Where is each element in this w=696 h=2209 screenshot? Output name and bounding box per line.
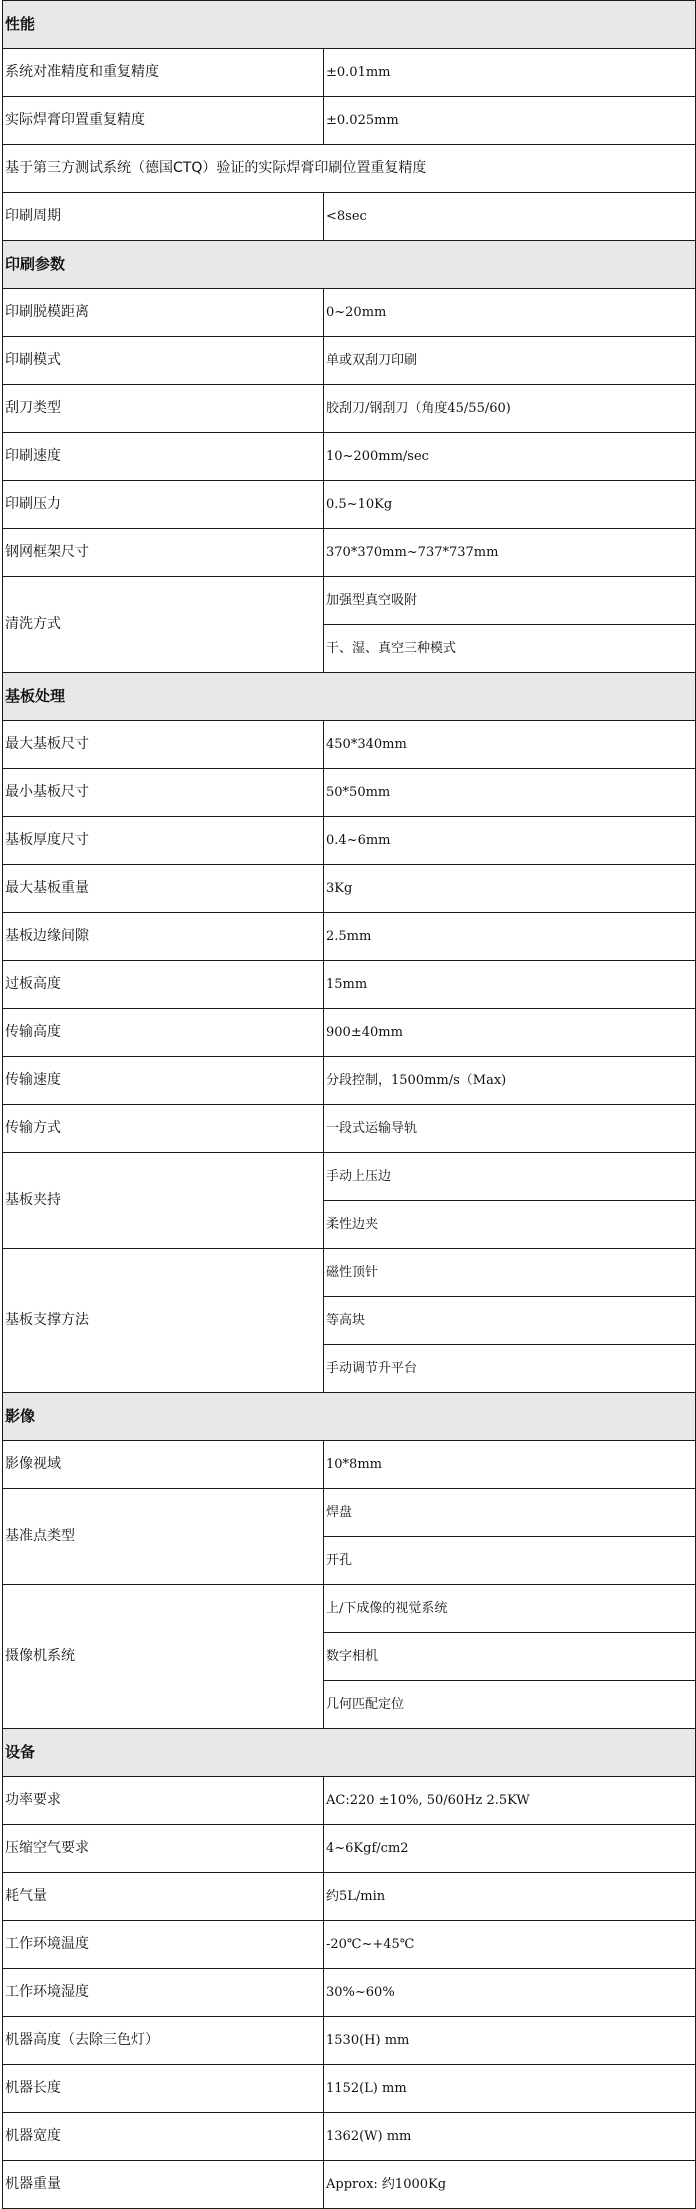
table-row: 最大基板尺寸450*340mm (3, 721, 696, 769)
spec-value: 数字相机 (324, 1633, 696, 1681)
spec-label: 实际焊膏印置重复精度 (3, 97, 324, 145)
table-row: 基板边缘间隙2.5mm (3, 913, 696, 961)
spec-label: 传输高度 (3, 1009, 324, 1057)
spec-value: -20℃~+45℃ (324, 1921, 696, 1969)
table-row: 机器高度（去除三色灯）1530(H) mm (3, 2017, 696, 2065)
spec-label: 基板支撑方法 (3, 1249, 324, 1393)
spec-value: 手动调节升平台 (324, 1345, 696, 1393)
spec-label: 传输方式 (3, 1105, 324, 1153)
spec-value: Approx: 约1000Kg (324, 2161, 696, 2209)
table-row: 印刷脱模距离0~20mm (3, 289, 696, 337)
spec-table: 性能系统对准精度和重复精度±0.01mm实际焊膏印置重复精度±0.025mm基于… (2, 0, 696, 2209)
table-row: 机器重量Approx: 约1000Kg (3, 2161, 696, 2209)
table-row: 影像视域10*8mm (3, 1441, 696, 1489)
spec-label: 耗气量 (3, 1873, 324, 1921)
spec-value: 1152(L) mm (324, 2065, 696, 2113)
spec-value: 0.4~6mm (324, 817, 696, 865)
spec-value: 上/下成像的视觉系统 (324, 1585, 696, 1633)
section-header-row: 设备 (3, 1729, 696, 1777)
table-row: 刮刀类型胶刮刀/钢刮刀（角度45/55/60) (3, 385, 696, 433)
table-row: 基板厚度尺寸0.4~6mm (3, 817, 696, 865)
spec-label: 印刷速度 (3, 433, 324, 481)
spec-value: AC:220 ±10%, 50/60Hz 2.5KW (324, 1777, 696, 1825)
spec-value: 加强型真空吸附 (324, 577, 696, 625)
spec-value: 4~6Kgf/cm2 (324, 1825, 696, 1873)
section-title: 影像 (3, 1393, 696, 1441)
section-title: 基板处理 (3, 673, 696, 721)
table-row: 过板高度15mm (3, 961, 696, 1009)
table-row: 耗气量约5L/min (3, 1873, 696, 1921)
spec-value: 柔性边夹 (324, 1201, 696, 1249)
table-row: 传输方式一段式运输导轨 (3, 1105, 696, 1153)
table-row: 功率要求AC:220 ±10%, 50/60Hz 2.5KW (3, 1777, 696, 1825)
spec-value: 1530(H) mm (324, 2017, 696, 2065)
table-row: 印刷压力0.5~10Kg (3, 481, 696, 529)
spec-table-body: 性能系统对准精度和重复精度±0.01mm实际焊膏印置重复精度±0.025mm基于… (3, 1, 696, 2209)
spec-label: 工作环境湿度 (3, 1969, 324, 2017)
spec-value: ±0.025mm (324, 97, 696, 145)
table-row: 传输速度分段控制，1500mm/s（Max) (3, 1057, 696, 1105)
spec-label: 最大基板重量 (3, 865, 324, 913)
table-row: 印刷速度10~200mm/sec (3, 433, 696, 481)
spec-value: 1362(W) mm (324, 2113, 696, 2161)
section-header-row: 影像 (3, 1393, 696, 1441)
table-row: 传输高度900±40mm (3, 1009, 696, 1057)
spec-value: 3Kg (324, 865, 696, 913)
section-title: 设备 (3, 1729, 696, 1777)
table-row: 基板支撑方法磁性顶针 (3, 1249, 696, 1297)
spec-value: <8sec (324, 193, 696, 241)
spec-value: 10*8mm (324, 1441, 696, 1489)
section-title: 印刷参数 (3, 241, 696, 289)
spec-label: 机器重量 (3, 2161, 324, 2209)
spec-label: 传输速度 (3, 1057, 324, 1105)
spec-value: 开孔 (324, 1537, 696, 1585)
table-row: 实际焊膏印置重复精度±0.025mm (3, 97, 696, 145)
spec-value: 一段式运输导轨 (324, 1105, 696, 1153)
spec-value: 50*50mm (324, 769, 696, 817)
spec-value: 几何匹配定位 (324, 1681, 696, 1729)
spec-label: 机器长度 (3, 2065, 324, 2113)
table-row: 最小基板尺寸50*50mm (3, 769, 696, 817)
spec-label: 印刷脱模距离 (3, 289, 324, 337)
spec-value: 2.5mm (324, 913, 696, 961)
table-row: 印刷周期<8sec (3, 193, 696, 241)
spec-value: 干、湿、真空三种模式 (324, 625, 696, 673)
spec-value: 450*340mm (324, 721, 696, 769)
spec-value: 0.5~10Kg (324, 481, 696, 529)
spec-value: 30%~60% (324, 1969, 696, 2017)
table-row: 工作环境温度-20℃~+45℃ (3, 1921, 696, 1969)
table-row: 机器长度1152(L) mm (3, 2065, 696, 2113)
table-row: 钢网框架尺寸370*370mm~737*737mm (3, 529, 696, 577)
table-row: 印刷模式单或双刮刀印刷 (3, 337, 696, 385)
spec-label: 基准点类型 (3, 1489, 324, 1585)
spec-label: 摄像机系统 (3, 1585, 324, 1729)
spec-value: 约5L/min (324, 1873, 696, 1921)
spec-label: 机器宽度 (3, 2113, 324, 2161)
spec-label: 过板高度 (3, 961, 324, 1009)
spec-label: 印刷压力 (3, 481, 324, 529)
spec-label: 印刷周期 (3, 193, 324, 241)
spec-label: 刮刀类型 (3, 385, 324, 433)
table-row: 系统对准精度和重复精度±0.01mm (3, 49, 696, 97)
spec-value: ±0.01mm (324, 49, 696, 97)
table-row: 基准点类型焊盘 (3, 1489, 696, 1537)
section-title: 性能 (3, 1, 696, 49)
table-row: 清洗方式加强型真空吸附 (3, 577, 696, 625)
spec-label: 最小基板尺寸 (3, 769, 324, 817)
table-row: 基板夹持手动上压边 (3, 1153, 696, 1201)
spec-value: 磁性顶针 (324, 1249, 696, 1297)
spec-label: 钢网框架尺寸 (3, 529, 324, 577)
spec-value: 手动上压边 (324, 1153, 696, 1201)
section-header-row: 基板处理 (3, 673, 696, 721)
spec-label: 影像视域 (3, 1441, 324, 1489)
spec-value: 370*370mm~737*737mm (324, 529, 696, 577)
table-row: 压缩空气要求4~6Kgf/cm2 (3, 1825, 696, 1873)
spec-value: 分段控制，1500mm/s（Max) (324, 1057, 696, 1105)
table-row: 基于第三方测试系统（德国CTQ）验证的实际焊膏印刷位置重复精度 (3, 145, 696, 193)
spec-label: 系统对准精度和重复精度 (3, 49, 324, 97)
table-row: 工作环境湿度30%~60% (3, 1969, 696, 2017)
spec-value: 900±40mm (324, 1009, 696, 1057)
spec-label: 基板夹持 (3, 1153, 324, 1249)
spec-label: 工作环境温度 (3, 1921, 324, 1969)
spec-value: 单或双刮刀印刷 (324, 337, 696, 385)
spec-label: 印刷模式 (3, 337, 324, 385)
section-header-row: 性能 (3, 1, 696, 49)
spec-label: 基板边缘间隙 (3, 913, 324, 961)
spec-label: 清洗方式 (3, 577, 324, 673)
table-row: 机器宽度1362(W) mm (3, 2113, 696, 2161)
spec-label: 最大基板尺寸 (3, 721, 324, 769)
spec-label: 基板厚度尺寸 (3, 817, 324, 865)
spec-value: 焊盘 (324, 1489, 696, 1537)
table-row: 最大基板重量3Kg (3, 865, 696, 913)
spec-label: 机器高度（去除三色灯） (3, 2017, 324, 2065)
spec-value: 等高块 (324, 1297, 696, 1345)
spec-value: 胶刮刀/钢刮刀（角度45/55/60) (324, 385, 696, 433)
table-row: 摄像机系统上/下成像的视觉系统 (3, 1585, 696, 1633)
spec-label: 压缩空气要求 (3, 1825, 324, 1873)
spec-label: 功率要求 (3, 1777, 324, 1825)
spec-note: 基于第三方测试系统（德国CTQ）验证的实际焊膏印刷位置重复精度 (3, 145, 696, 193)
spec-value: 0~20mm (324, 289, 696, 337)
section-header-row: 印刷参数 (3, 241, 696, 289)
spec-value: 15mm (324, 961, 696, 1009)
spec-value: 10~200mm/sec (324, 433, 696, 481)
